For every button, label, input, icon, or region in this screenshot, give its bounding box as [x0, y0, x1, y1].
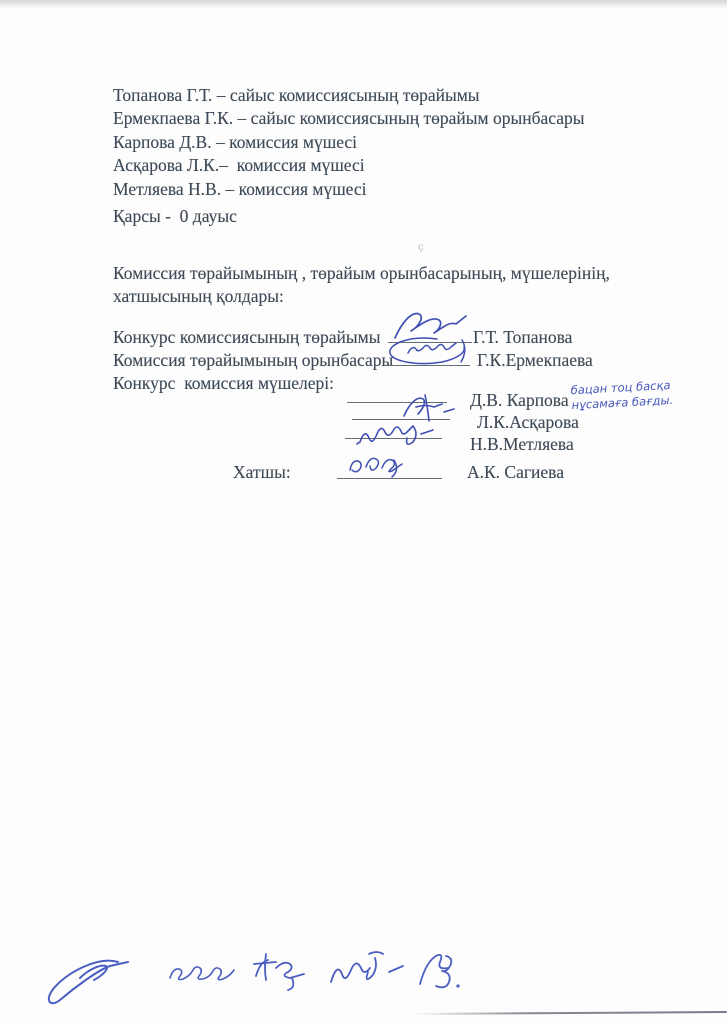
- bottom-signature-2-ink: [162, 958, 252, 990]
- member-line-3: Карпова Д.В. – комиссия мүшесі: [113, 131, 357, 155]
- member-line-5: Метляева Н.В. – комиссия мүшесі: [113, 178, 367, 202]
- handwritten-note: бацан тоц басқанұсамаға бағды.: [570, 375, 727, 412]
- member3-name: Н.В.Метляева: [470, 433, 574, 457]
- member2-name: Л.К.Асқарова: [477, 411, 579, 435]
- member-line-1: Топанова Г.Т. – сайыс комиссиясының төра…: [113, 84, 480, 108]
- chair-name: Г.Т. Топанова: [473, 326, 572, 350]
- scan-edge-top: [0, 0, 727, 9]
- bottom-signature-5-ink: [412, 946, 464, 996]
- scan-edge-bottom-right: [415, 1011, 727, 1015]
- member3-signature-ink: [355, 418, 450, 450]
- scanned-document-page: ҫ Топанова Г.Т. – сайыс комиссиясының тө…: [0, 0, 727, 1024]
- secretary-signature-ink: [342, 450, 417, 480]
- deputy-row-label: Комиссия төрайымының орынбасары: [113, 349, 393, 373]
- bottom-signature-4-ink: [325, 946, 410, 996]
- deputy-name: Г.К.Ермекпаева: [477, 349, 593, 373]
- secretary-name: А.К. Сагиева: [467, 461, 564, 485]
- member1-name: Д.В. Карпова: [470, 389, 569, 413]
- member-line-2: Ермекпаева Г.К. – сайыс комиссиясының тө…: [113, 107, 585, 131]
- deputy-signature-ink: [382, 336, 477, 368]
- member-line-4: Асқарова Л.К.– комиссия мүшесі: [113, 154, 365, 178]
- bottom-signature-3-ink: [246, 950, 314, 992]
- votes-against-line: Қарсы - 0 дауыс: [113, 205, 237, 229]
- chair-row-label: Конкурс комиссиясының төрайымы: [113, 326, 381, 350]
- signatures-intro-line-1: Комиссия төрайымының , төрайым орынбасар…: [113, 262, 610, 286]
- members-row-label: Конкурс комиссия мүшелері:: [113, 372, 334, 396]
- signatures-intro-line-2: хатшысының қолдары:: [113, 285, 284, 309]
- bottom-signature-1-ink: [40, 950, 135, 1010]
- secretary-row-label: Хатшы:: [233, 461, 291, 485]
- scan-speck: ҫ: [418, 242, 424, 253]
